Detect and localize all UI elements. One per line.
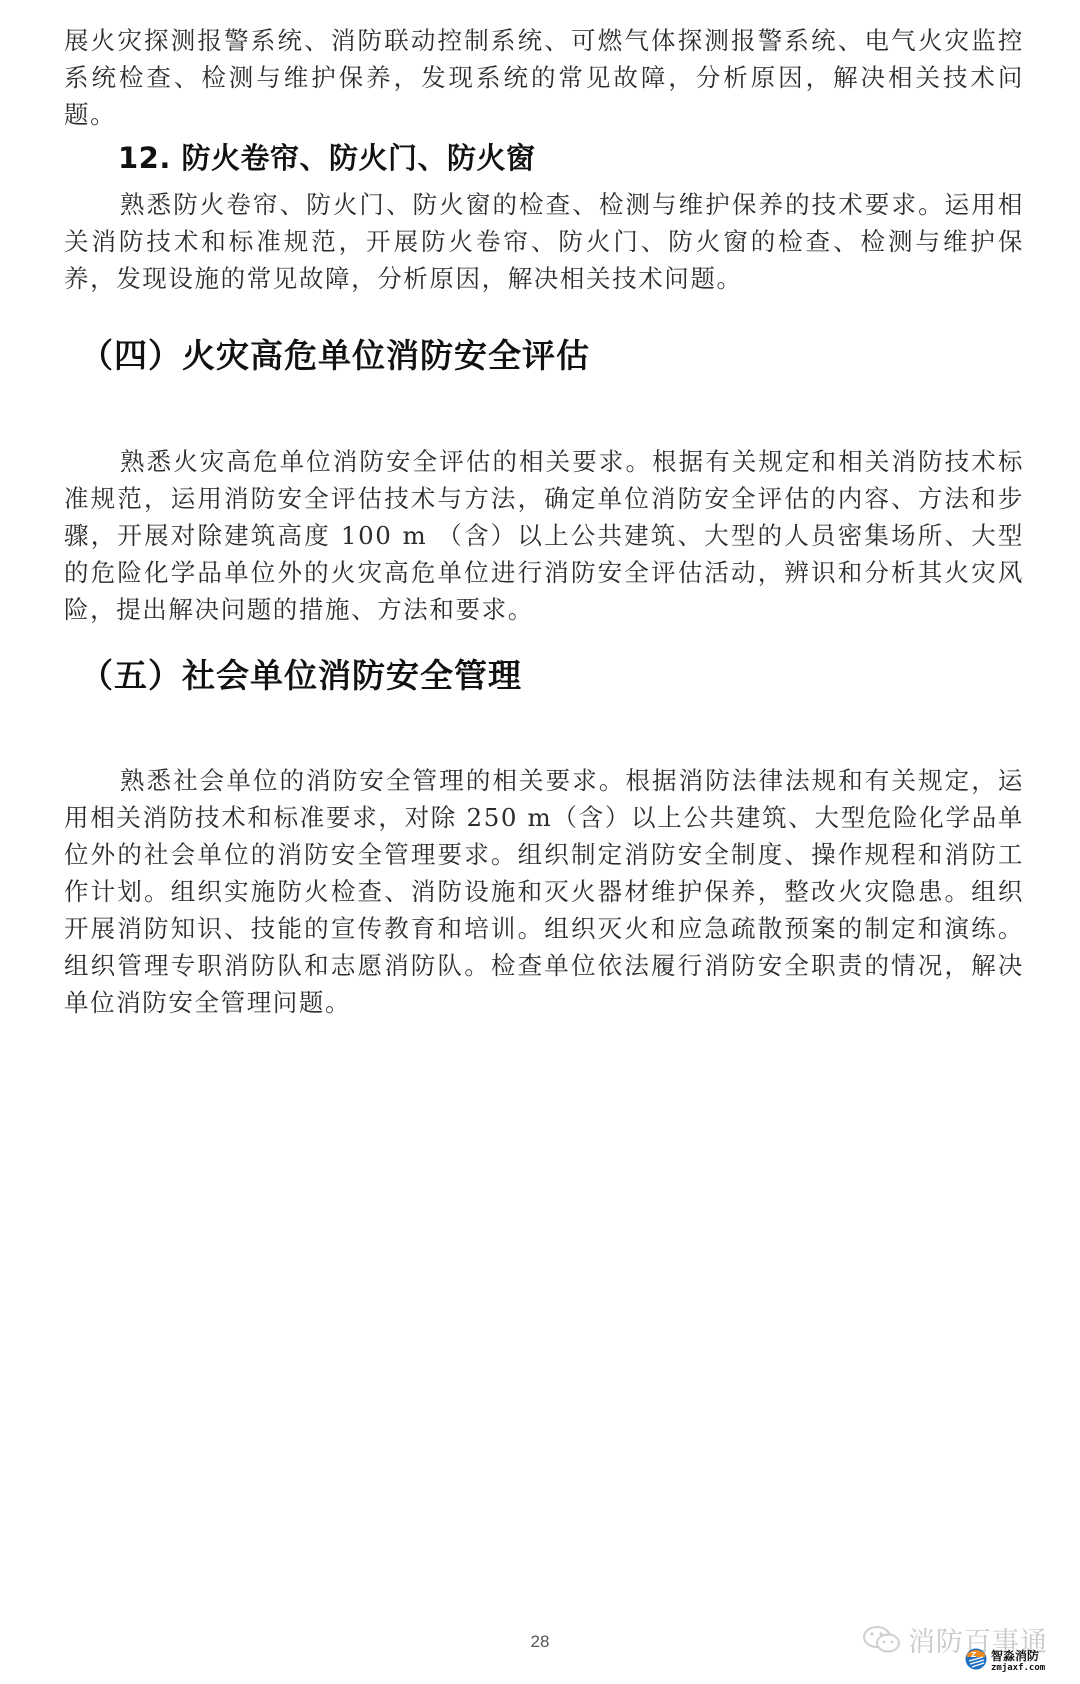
section-4-body: 熟悉火灾高危单位消防安全评估的相关要求。根据有关规定和相关消防技术标准规范，运用… bbox=[64, 443, 1024, 628]
paragraph-continued: 展火灾探测报警系统、消防联动控制系统、可燃气体探测报警系统、电气火灾监控系统检查… bbox=[64, 22, 1024, 133]
wechat-icon bbox=[862, 1624, 902, 1656]
brand-url: zmjaxf.com bbox=[991, 1664, 1045, 1673]
brand-watermark: Z 智淼消防 zmjaxf.com bbox=[965, 1648, 1045, 1674]
item-12-body: 熟悉防火卷帘、防火门、防火窗的检查、检测与维护保养的技术要求。运用相关消防技术和… bbox=[64, 186, 1024, 297]
document-page: 展火灾探测报警系统、消防联动控制系统、可燃气体探测报警系统、电气火灾监控系统检查… bbox=[0, 0, 1080, 1684]
svg-text:Z: Z bbox=[971, 1651, 976, 1659]
section-4-heading: （四）火灾高危单位消防安全评估 bbox=[80, 330, 590, 377]
section-5-body: 熟悉社会单位的消防安全管理的相关要求。根据消防法律法规和有关规定，运用相关消防技… bbox=[64, 762, 1024, 1021]
item-12-heading: 12. 防火卷帘、防火门、防火窗 bbox=[118, 136, 535, 177]
section-5-heading: （五）社会单位消防安全管理 bbox=[80, 650, 522, 697]
brand-logo-icon: Z bbox=[965, 1648, 987, 1674]
brand-name: 智淼消防 bbox=[991, 1650, 1045, 1662]
